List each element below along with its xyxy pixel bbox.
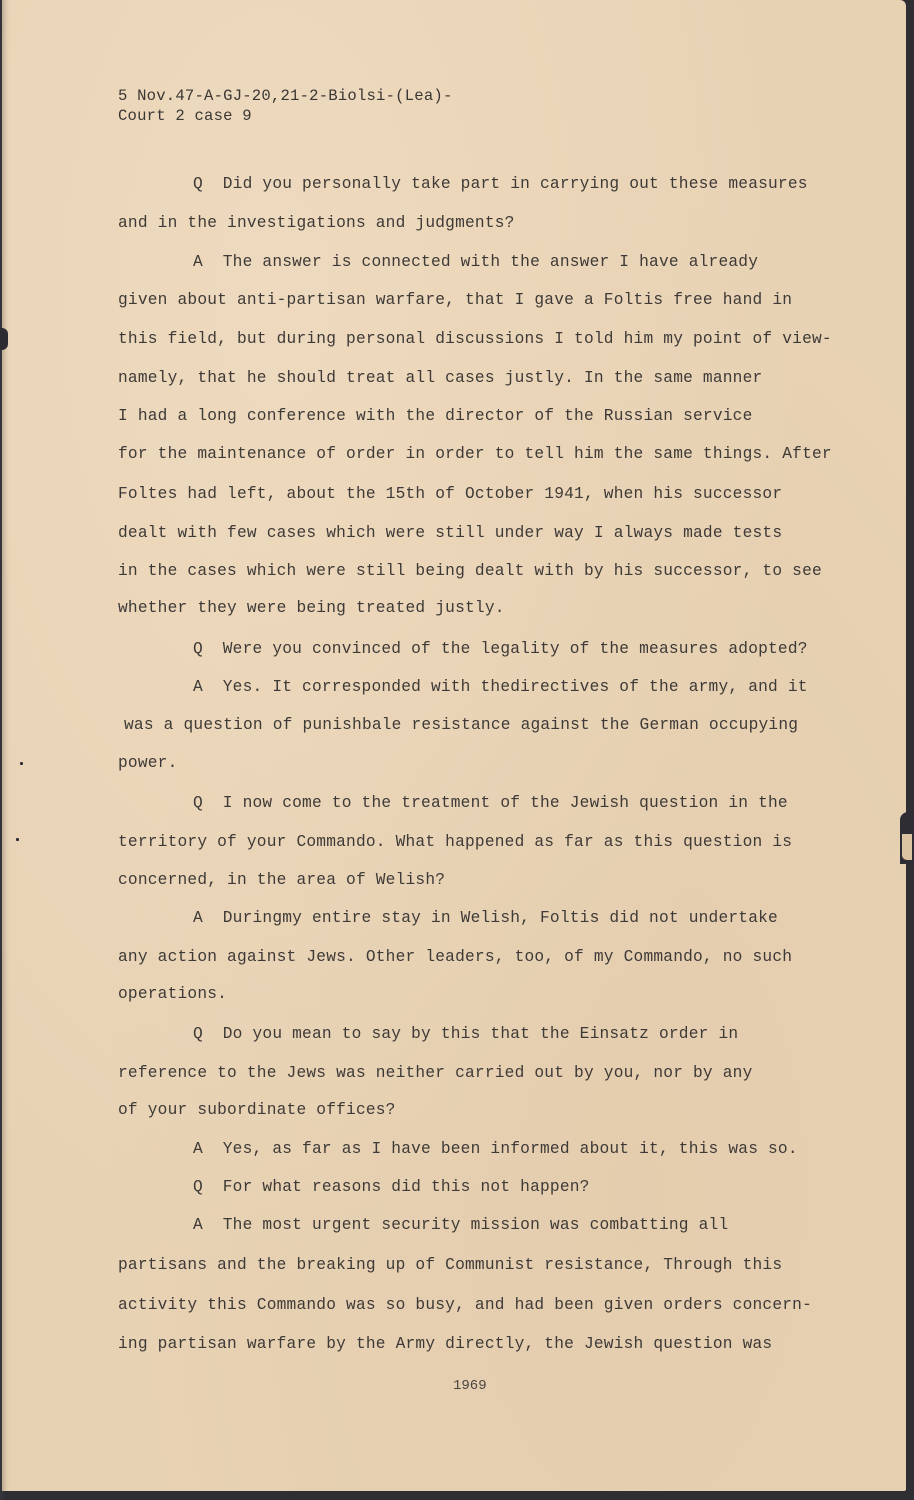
binding-mark — [0, 328, 8, 350]
text-line: and in the investigations and judgments? — [118, 213, 515, 233]
text-line: I had a long conference with the directo… — [118, 406, 753, 426]
text-line: in the cases which were still being deal… — [118, 561, 822, 581]
text-line: was a question of punishbale resistance … — [124, 715, 798, 735]
question-line: Q Were you convinced of the legality of … — [193, 639, 808, 659]
text-line: namely, that he should treat all cases j… — [118, 368, 762, 388]
text-line: for the maintenance of order in order to… — [118, 444, 832, 464]
text-line: operations. — [118, 984, 227, 1004]
text-line: territory of your Commando. What happene… — [118, 832, 792, 852]
punch-mark — [20, 762, 23, 765]
answer-line: A The answer is connected with the answe… — [193, 252, 758, 272]
question-line: Q For what reasons did this not happen? — [193, 1177, 590, 1197]
text-line: reference to the Jews was neither carrie… — [118, 1063, 753, 1083]
text-line: given about anti-partisan warfare, that … — [118, 290, 792, 310]
text-line: whether they were being treated justly. — [118, 598, 505, 618]
text-line: activity this Commando was so busy, and … — [118, 1295, 812, 1315]
text-line: Foltes had left, about the 15th of Octob… — [118, 484, 782, 504]
page-number: 1969 — [453, 1378, 487, 1394]
court-case-line: Court 2 case 9 — [118, 106, 252, 126]
text-line: partisans and the breaking up of Communi… — [118, 1255, 782, 1275]
answer-line: A The most urgent security mission was c… — [193, 1215, 728, 1235]
punch-mark — [16, 838, 19, 841]
text-line: this field, but during personal discussi… — [118, 329, 832, 349]
answer-line: A Duringmy entire stay in Welish, Foltis… — [193, 908, 778, 928]
text-line: ing partisan warfare by the Army directl… — [118, 1334, 772, 1354]
answer-line: A Yes. It corresponded with thedirective… — [193, 677, 808, 697]
text-line: any action against Jews. Other leaders, … — [118, 947, 792, 967]
typewritten-page: 5 Nov.47-A-GJ-20,21-2-Biolsi-(Lea)- Cour… — [2, 0, 906, 1491]
text-line: dealt with few cases which were still un… — [118, 523, 782, 543]
answer-line: A Yes, as far as I have been informed ab… — [193, 1139, 798, 1159]
text-line: of your subordinate offices? — [118, 1100, 396, 1120]
text-line: power. — [118, 753, 178, 773]
page-edge-fold — [902, 834, 912, 860]
text-line: concerned, in the area of Welish? — [118, 870, 445, 890]
question-line: Q Did you personally take part in carryi… — [193, 174, 808, 194]
question-line: Q I now come to the treatment of the Jew… — [193, 793, 788, 813]
question-line: Q Do you mean to say by this that the Ei… — [193, 1024, 738, 1044]
document-reference-line: 5 Nov.47-A-GJ-20,21-2-Biolsi-(Lea)- — [118, 86, 453, 106]
